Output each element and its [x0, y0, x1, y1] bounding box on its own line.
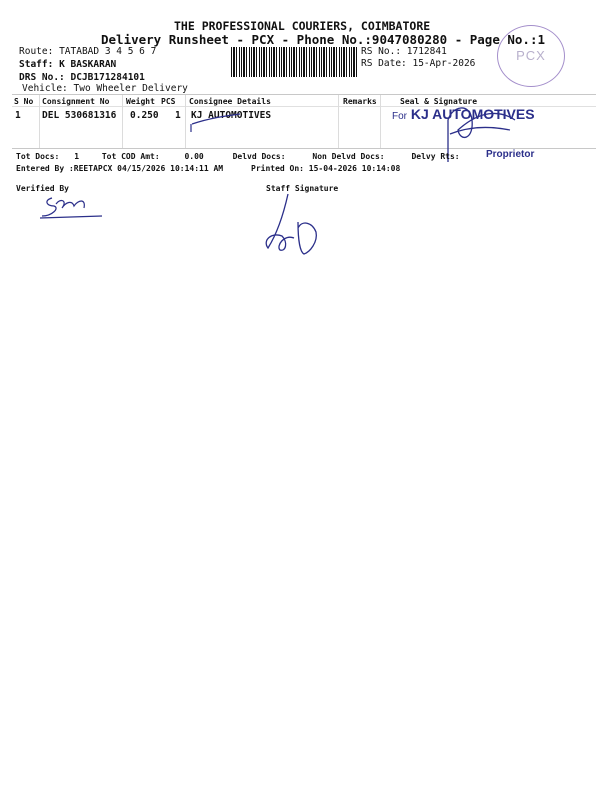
drs-value: DCJB171284101	[71, 72, 145, 83]
vehicle-label: Vehicle:	[22, 83, 68, 94]
company-title: THE PROFESSIONAL COURIERS, COIMBATORE	[174, 19, 430, 33]
drs-line: DRS No.: DCJB171284101	[19, 72, 145, 83]
delvy-rts-label: Delvy Rts:	[411, 152, 459, 161]
printed-on: Printed On: 15-04-2026 10:14:08	[251, 164, 400, 173]
non-delvd-docs-label: Non Delvd Docs:	[312, 152, 384, 161]
rs-number: RS No.: 1712841	[361, 46, 447, 57]
staff-line: Staff: K BASKARAN	[19, 59, 116, 70]
staff-value: K BASKARAN	[59, 59, 116, 70]
table-top-rule	[12, 94, 596, 95]
route-value: TATABAD 3 4 5 6 7	[59, 46, 156, 57]
cell-weight: 0.250	[130, 110, 159, 121]
totals-line: Tot Docs: 1 Tot COD Amt: 0.00 Delvd Docs…	[16, 152, 460, 161]
verifier-signature	[38, 194, 108, 224]
drs-label: DRS No.:	[19, 72, 65, 83]
rs-date: RS Date: 15-Apr-2026	[361, 58, 475, 69]
delvd-docs-label: Delvd Docs:	[233, 152, 286, 161]
stamp-text: PCX	[498, 48, 564, 63]
col-header-consignment: Consignment No	[42, 97, 109, 106]
col-header-weight: Weight	[126, 97, 155, 106]
runsheet-subtitle: Delivery Runsheet - PCX - Phone No.:9047…	[101, 32, 545, 47]
tot-cod-value: 0.00	[184, 152, 203, 161]
route-line: Route: TATABAD 3 4 5 6 7	[19, 46, 156, 57]
staff-signature	[258, 192, 338, 262]
tot-docs-label: Tot Docs:	[16, 152, 59, 161]
vehicle-line: Vehicle: Two Wheeler Delivery	[22, 83, 188, 94]
vehicle-value: Two Wheeler Delivery	[74, 83, 188, 94]
col-header-sno: S No	[14, 97, 33, 106]
staff-label: Staff:	[19, 59, 53, 70]
route-label: Route:	[19, 46, 53, 57]
entered-by: Entered By :REETAPCX 04/15/2026 10:14:11…	[16, 164, 223, 173]
tot-cod-label: Tot COD Amt:	[102, 152, 160, 161]
verified-by-label: Verified By	[16, 184, 69, 193]
cell-sno: 1	[15, 110, 21, 121]
col-header-pcs: PCS	[161, 97, 175, 106]
cell-consignment-no: DEL 530681316	[42, 110, 116, 121]
col-divider	[122, 95, 123, 148]
tot-docs-value: 1	[74, 152, 79, 161]
office-stamp: PCX	[497, 25, 565, 87]
col-divider	[39, 95, 40, 148]
barcode	[231, 47, 358, 77]
